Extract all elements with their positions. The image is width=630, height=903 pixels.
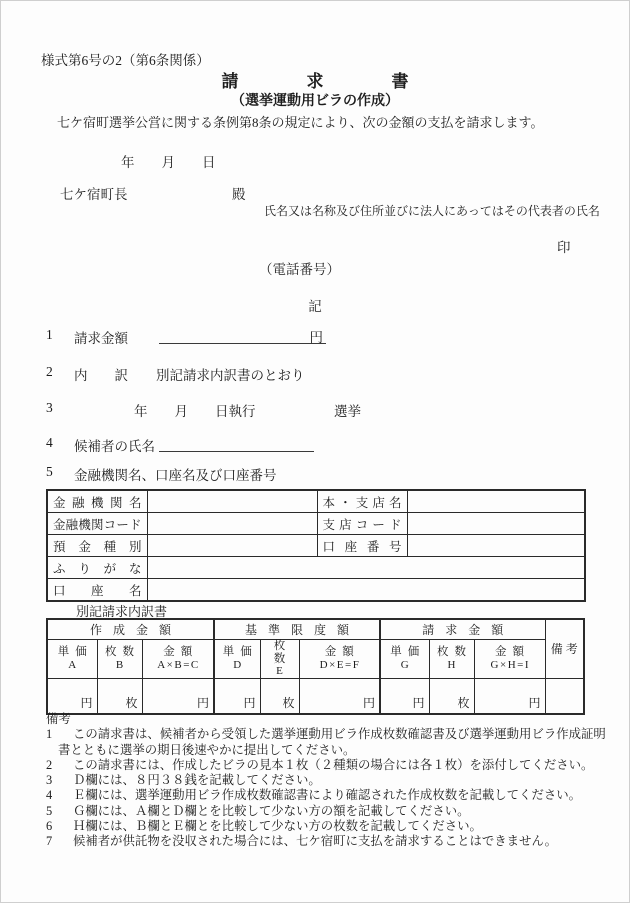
item3-election-label: 選挙 bbox=[334, 400, 361, 420]
furigana-label: ふりがな bbox=[47, 557, 147, 579]
name-note: 氏名又は名称及び住所並びに法人にあってはその代表者の氏名 bbox=[264, 202, 600, 219]
date-line: 年 月 日 bbox=[121, 151, 216, 171]
honorific: 殿 bbox=[232, 183, 246, 203]
item1-label: 請求金額 bbox=[74, 327, 128, 347]
ki-marker: 記 bbox=[1, 295, 629, 315]
deposit-type-label: 預金種別 bbox=[47, 535, 147, 557]
claim-amount-field: 円 bbox=[159, 326, 326, 344]
table-row: 作成金額 基準限度額 請求金額 備考 bbox=[47, 619, 584, 640]
col-header-sheets-h: 枚数H bbox=[429, 640, 474, 679]
form-number: 様式第6号の2（第6条関係） bbox=[41, 49, 210, 69]
value-cell-e: 枚 bbox=[260, 678, 299, 714]
deposit-type-value-cell bbox=[147, 535, 317, 557]
account-name-label: 口座名 bbox=[47, 579, 147, 602]
remarks-value-cell bbox=[545, 678, 584, 714]
table-row: 口座名 bbox=[47, 579, 585, 602]
col-header-unit-price-d: 単価D bbox=[214, 640, 260, 679]
value-cell-i: 円 bbox=[474, 678, 545, 714]
bank-code-label: 金融機関コード bbox=[47, 513, 147, 535]
col-header-amount-i: 金額G×H=I bbox=[474, 640, 545, 679]
value-cell-f: 円 bbox=[299, 678, 380, 714]
branch-name-label: 本・支店名 bbox=[317, 490, 407, 513]
item2-value: 別記請求内訳書のとおり bbox=[156, 364, 305, 384]
value-cell-h: 枚 bbox=[429, 678, 474, 714]
item2-label: 内 訳 bbox=[74, 364, 128, 384]
table-row: 金融機関名 本・支店名 bbox=[47, 490, 585, 513]
seal-mark: 印 bbox=[557, 236, 571, 256]
group-header-claim: 請求金額 bbox=[380, 619, 545, 640]
item3-date: 年 月 日執行 bbox=[134, 400, 256, 420]
item2-number: 2 bbox=[46, 364, 53, 380]
note-item: 7候補者が供託物を没収された場合には、七ケ宿町に支払を請求することはできません。 bbox=[46, 834, 606, 849]
account-number-label: 口座番号 bbox=[317, 535, 407, 557]
branch-code-label: 支店コード bbox=[317, 513, 407, 535]
bank-code-value-cell bbox=[147, 513, 317, 535]
note-item: 6Ｈ欄には、Ｂ欄とＥ欄とを比較して少ない方の枚数を記載してください。 bbox=[46, 819, 606, 834]
item4-number: 4 bbox=[46, 435, 53, 451]
table-row: 単価A 枚数B 金額A×B=C 単価D 枚数E 金額D×E=F 単価G 枚数H … bbox=[47, 640, 584, 679]
phone-label: （電話番号） bbox=[259, 258, 340, 278]
remarks-header: 備考 bbox=[545, 619, 584, 678]
col-header-unit-price-g: 単価G bbox=[380, 640, 429, 679]
document-subtitle: （選挙運動用ビラの作成） bbox=[1, 90, 629, 110]
notes-heading: 備考 bbox=[46, 712, 606, 727]
branch-name-value-cell bbox=[407, 490, 585, 513]
col-header-unit-price-a: 単価A bbox=[47, 640, 97, 679]
group-header-limit: 基準限度額 bbox=[214, 619, 380, 640]
col-header-sheets-e: 枚数E bbox=[260, 640, 299, 679]
yen-unit-label: 円 bbox=[310, 330, 327, 345]
note-item: 5Ｇ欄には、Ａ欄とＤ欄とを比較して少ない方の額を記載してください。 bbox=[46, 804, 606, 819]
account-name-value-cell bbox=[147, 579, 585, 602]
col-header-sheets-b: 枚数B bbox=[97, 640, 142, 679]
table-row: 金融機関コード 支店コード bbox=[47, 513, 585, 535]
account-number-value-cell bbox=[407, 535, 585, 557]
table-row: 円 枚 円 円 枚 円 円 枚 円 bbox=[47, 678, 584, 714]
furigana-value-cell bbox=[147, 557, 585, 579]
intro-text: 七ケ宿町選挙公営に関する条例第8条の規定により、次の金額の支払を請求します。 bbox=[57, 112, 543, 131]
branch-code-value-cell bbox=[407, 513, 585, 535]
value-cell-g: 円 bbox=[380, 678, 429, 714]
value-cell-b: 枚 bbox=[97, 678, 142, 714]
note-item: 1この請求書は、候補者から受領した選挙運動用ビラ作成枚数確認書及び選挙運動用ビラ… bbox=[46, 727, 606, 758]
breakdown-table: 作成金額 基準限度額 請求金額 備考 単価A 枚数B 金額A×B=C 単価D 枚… bbox=[46, 618, 585, 715]
item4-label: 候補者の氏名 bbox=[74, 435, 155, 455]
col-header-amount-c: 金額A×B=C bbox=[142, 640, 214, 679]
candidate-name-field bbox=[159, 434, 314, 452]
note-item: 2この請求書には、作成したビラの見本１枚（２種類の場合には各１枚）を添付してくだ… bbox=[46, 758, 606, 773]
addressee: 七ケ宿町長 bbox=[60, 183, 128, 203]
item1-number: 1 bbox=[46, 327, 53, 343]
table-row: 預金種別 口座番号 bbox=[47, 535, 585, 557]
value-cell-d: 円 bbox=[214, 678, 260, 714]
item3-number: 3 bbox=[46, 400, 53, 416]
invoice-form-page: 様式第6号の2（第6条関係） 請 求 書 （選挙運動用ビラの作成） 七ケ宿町選挙… bbox=[0, 0, 630, 903]
bank-name-value-cell bbox=[147, 490, 317, 513]
bank-name-label: 金融機関名 bbox=[47, 490, 147, 513]
table-row: ふりがな bbox=[47, 557, 585, 579]
note-item: 4Ｅ欄には、選挙運動用ビラ作成枚数確認書により確認された作成枚数を記載してくださ… bbox=[46, 788, 606, 803]
note-item: 3Ｄ欄には、８円３８銭を記載してください。 bbox=[46, 773, 606, 788]
value-cell-c: 円 bbox=[142, 678, 214, 714]
bank-account-table: 金融機関名 本・支店名 金融機関コード 支店コード 預金種別 口座番号 ふりがな… bbox=[46, 489, 586, 602]
notes-section: 備考 1この請求書は、候補者から受領した選挙運動用ビラ作成枚数確認書及び選挙運動… bbox=[46, 712, 606, 850]
item5-number: 5 bbox=[46, 464, 53, 480]
item5-label: 金融機関名、口座名及び口座番号 bbox=[74, 464, 277, 484]
group-header-production: 作成金額 bbox=[47, 619, 214, 640]
col-header-amount-f: 金額D×E=F bbox=[299, 640, 380, 679]
value-cell-a: 円 bbox=[47, 678, 97, 714]
document-title: 請 求 書 bbox=[1, 67, 629, 92]
